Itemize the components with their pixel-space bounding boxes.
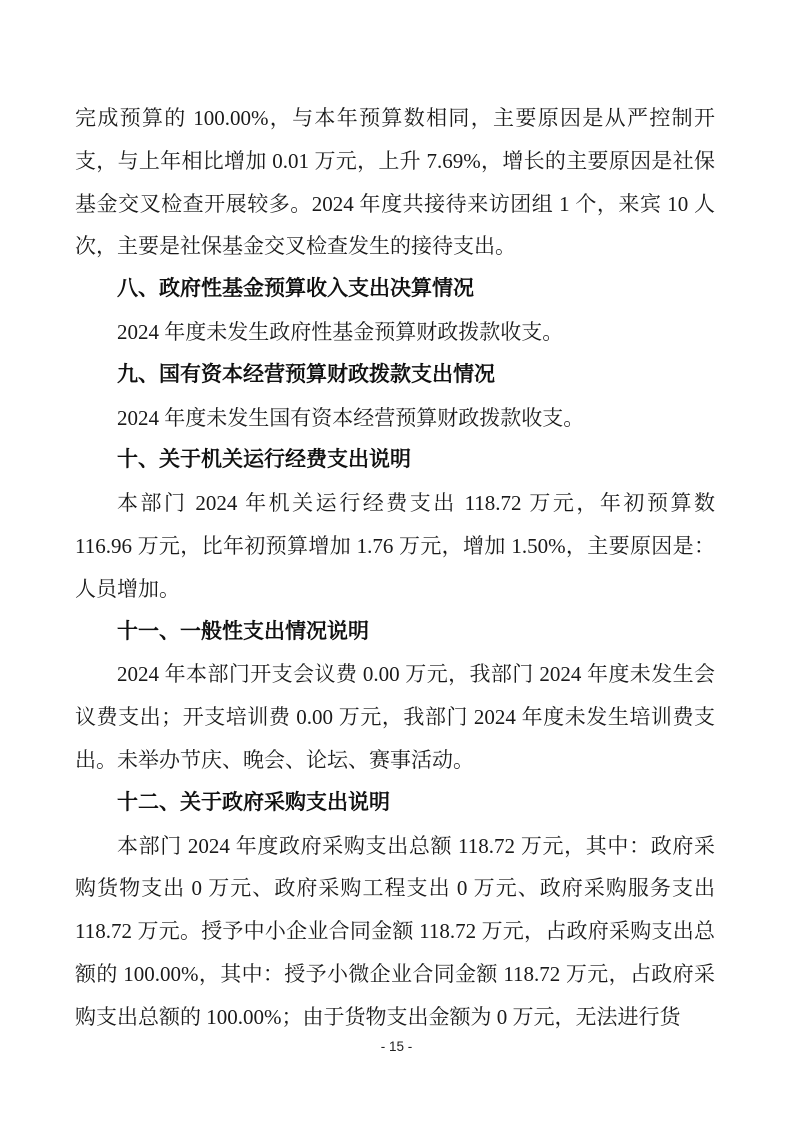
page-number: - 15 - [0,1037,793,1057]
section-heading-11-general-expenditure: 十一、一般性支出情况说明 [75,611,715,654]
paragraph-general-expenditure: 2024 年本部门开支会议费 0.00 万元，我部门 2024 年度未发生会议费… [75,653,715,781]
paragraph-continued-from-previous-page: 完成预算的 100.00%，与本年预算数相同，主要原因是从严控制开支，与上年相比… [75,97,715,268]
section-heading-8-government-fund-budget: 八、政府性基金预算收入支出决算情况 [75,268,715,311]
document-page: 完成预算的 100.00%，与本年预算数相同，主要原因是从严控制开支，与上年相比… [0,0,793,1122]
paragraph-agency-operating-expenses: 本部门 2024 年机关运行经费支出 118.72 万元，年初预算数 116.9… [75,482,715,610]
paragraph-government-fund-budget: 2024 年度未发生政府性基金预算财政拨款收支。 [75,311,715,354]
section-heading-9-state-capital-budget: 九、国有资本经营预算财政拨款支出情况 [75,354,715,397]
page-content: 完成预算的 100.00%，与本年预算数相同，主要原因是从严控制开支，与上年相比… [75,97,715,1039]
section-heading-10-agency-operating-expenses: 十、关于机关运行经费支出说明 [75,439,715,482]
paragraph-government-procurement: 本部门 2024 年度政府采购支出总额 118.72 万元，其中：政府采购货物支… [75,825,715,1039]
section-heading-12-government-procurement: 十二、关于政府采购支出说明 [75,782,715,825]
paragraph-state-capital-budget: 2024 年度未发生国有资本经营预算财政拨款收支。 [75,397,715,440]
